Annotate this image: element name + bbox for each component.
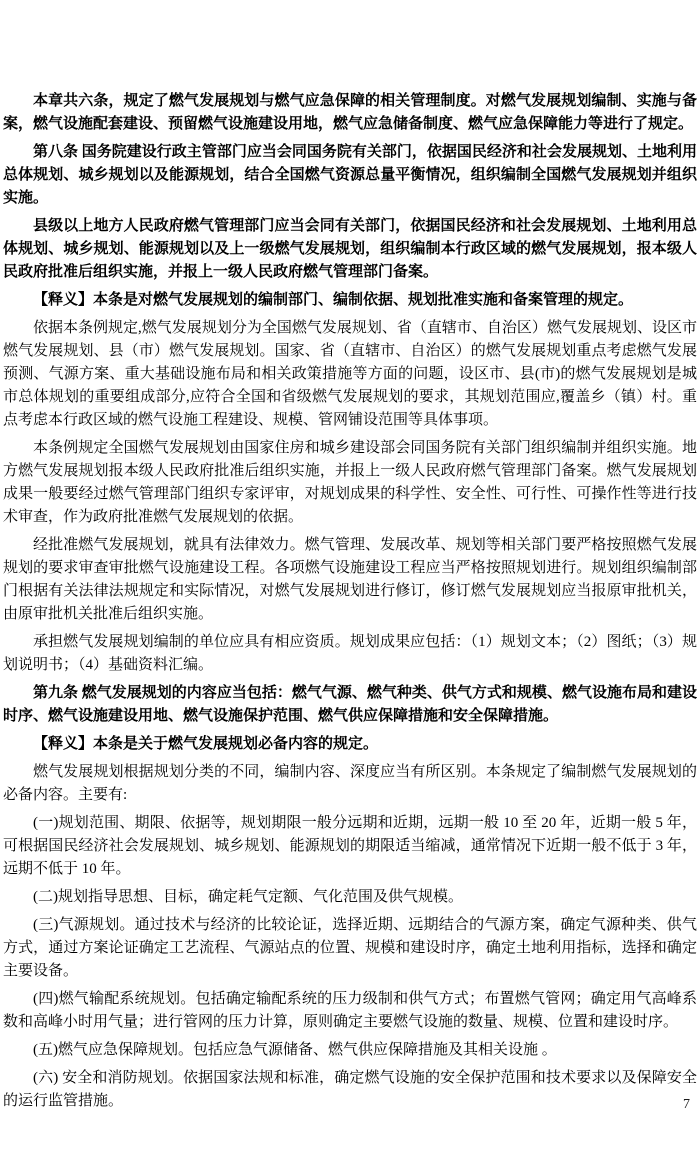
paragraph-article-8-explanation-1: 依据本条例规定,燃气发展规划分为全国燃气发展规划、省（直辖市、自治区）燃气发展规… [3, 317, 697, 432]
paragraph-article-8-interpretation-heading: 【释义】本条是对燃气发展规划的编制部门、编制依据、规划批准实施和备案管理的规定。 [3, 289, 697, 312]
document-body: 本章共六条，规定了燃气发展规划与燃气应急保障的相关管理制度。对燃气发展规划编制、… [3, 90, 697, 1118]
paragraph-item-3: (三)气源规划。通过技术与经济的比较论证，选择近期、远期结合的气源方案，确定气源… [3, 914, 697, 983]
page-number: 7 [683, 1096, 690, 1114]
paragraph-article-9-interpretation-heading: 【释义】本条是关于燃气发展规划必备内容的规定。 [3, 733, 697, 756]
paragraph-item-5: (五)燃气应急保障规划。包括应急气源储备、燃气供应保障措施及其相关设施 。 [3, 1039, 697, 1062]
paragraph-chapter-overview: 本章共六条，规定了燃气发展规划与燃气应急保障的相关管理制度。对燃气发展规划编制、… [3, 90, 697, 136]
document-page: 本章共六条，规定了燃气发展规划与燃气应急保障的相关管理制度。对燃气发展规划编制、… [0, 0, 700, 1160]
paragraph-article-9-explanation-intro: 燃气发展规划根据规划分类的不同，编制内容、深度应当有所区别。本条规定了编制燃气发… [3, 761, 697, 807]
paragraph-item-1: (一)规划范围、期限、依据等，规划期限一般分远期和近期，远期一般 10 至 20… [3, 812, 697, 881]
paragraph-article-8-explanation-4: 承担燃气发展规划编制的单位应具有相应资质。规划成果应包括：（1）规划文本；（2）… [3, 631, 697, 677]
paragraph-item-4: (四)燃气输配系统规划。包括确定输配系统的压力级制和供气方式；布置燃气管网；确定… [3, 988, 697, 1034]
paragraph-article-8-explanation-2: 本条例规定全国燃气发展规划由国家住房和城乡建设部会同国务院有关部门组织编制并组织… [3, 437, 697, 529]
paragraph-article-8-explanation-3: 经批准燃气发展规划，就具有法律效力。燃气管理、发展改革、规划等相关部门要严格按照… [3, 534, 697, 626]
paragraph-item-2: (二)规划指导思想、目标，确定耗气定额、气化范围及供气规模。 [3, 886, 697, 909]
paragraph-article-8-text: 第八条 国务院建设行政主管部门应当会同国务院有关部门，依据国民经济和社会发展规划… [3, 141, 697, 210]
paragraph-article-8-clause-2: 县级以上地方人民政府燃气管理部门应当会同有关部门，依据国民经济和社会发展规划、土… [3, 215, 697, 284]
paragraph-article-9-text: 第九条 燃气发展规划的内容应当包括：燃气气源、燃气种类、供气方式和规模、燃气设施… [3, 682, 697, 728]
paragraph-item-6: (六) 安全和消防规划。依据国家法规和标准，确定燃气设施的安全保护范围和技术要求… [3, 1067, 697, 1113]
